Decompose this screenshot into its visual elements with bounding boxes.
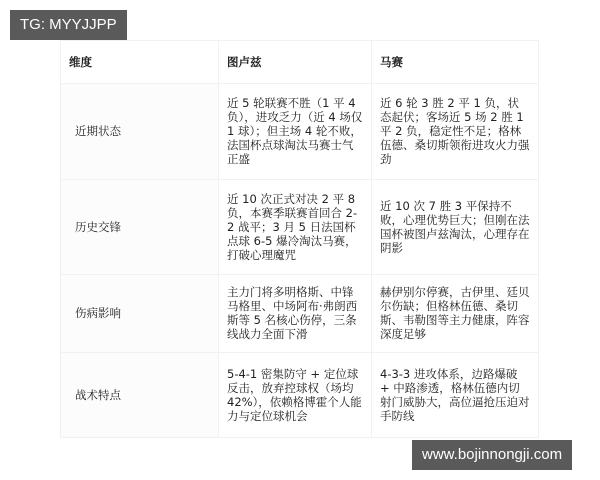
table-row: 伤病影响 主力门将多明格斯、中锋马格里、中场阿布·弗朗西斯等 5 名核心伤停，三… bbox=[61, 275, 539, 352]
table-header-row: 维度 图卢兹 马赛 bbox=[61, 41, 539, 84]
table-row: 历史交锋 近 10 次正式对决 2 平 8 负，本赛季联赛首回合 2-2 战平；… bbox=[61, 179, 539, 275]
watermark-top: TG: MYYJJPP bbox=[10, 10, 127, 40]
marseille-cell: 近 6 轮 3 胜 2 平 1 负，状态起伏；客场近 5 场 2 胜 1 平 2… bbox=[372, 84, 539, 180]
row-dimension: 近期状态 bbox=[61, 84, 219, 180]
header-dimension: 维度 bbox=[61, 41, 219, 84]
header-toulouse: 图卢兹 bbox=[219, 41, 372, 84]
marseille-cell: 赫伊别尔停赛，古伊里、廷贝尔伤缺；但格林伍德、桑切斯、韦勒图等主力健康，阵容深度… bbox=[372, 275, 539, 352]
comparison-table: 维度 图卢兹 马赛 近期状态 近 5 轮联赛不胜（1 平 4 负），进攻乏力（近… bbox=[60, 40, 539, 438]
row-dimension: 伤病影响 bbox=[61, 275, 219, 352]
marseille-cell: 4-3-3 进攻体系，边路爆破 + 中路渗透，格林伍德内切射门威胁大，高位逼抢压… bbox=[372, 352, 539, 438]
comparison-table-container: 维度 图卢兹 马赛 近期状态 近 5 轮联赛不胜（1 平 4 负），进攻乏力（近… bbox=[60, 40, 538, 438]
toulouse-cell: 近 5 轮联赛不胜（1 平 4 负），进攻乏力（近 4 场仅 1 球）；但主场 … bbox=[219, 84, 372, 180]
table-row: 近期状态 近 5 轮联赛不胜（1 平 4 负），进攻乏力（近 4 场仅 1 球）… bbox=[61, 84, 539, 180]
row-dimension: 历史交锋 bbox=[61, 179, 219, 275]
toulouse-cell: 5-4-1 密集防守 + 定位球反击，放弃控球权（场均 42%），依赖格博霍个人… bbox=[219, 352, 372, 438]
toulouse-cell: 近 10 次正式对决 2 平 8 负，本赛季联赛首回合 2-2 战平；3 月 5… bbox=[219, 179, 372, 275]
row-dimension: 战术特点 bbox=[61, 352, 219, 438]
marseille-cell: 近 10 次 7 胜 3 平保持不败，心理优势巨大；但刚在法国杯被图卢兹淘汰，心… bbox=[372, 179, 539, 275]
header-marseille: 马赛 bbox=[372, 41, 539, 84]
table-row: 战术特点 5-4-1 密集防守 + 定位球反击，放弃控球权（场均 42%），依赖… bbox=[61, 352, 539, 438]
watermark-bottom: www.bojinnongji.com bbox=[412, 440, 572, 470]
toulouse-cell: 主力门将多明格斯、中锋马格里、中场阿布·弗朗西斯等 5 名核心伤停，三条线战力全… bbox=[219, 275, 372, 352]
